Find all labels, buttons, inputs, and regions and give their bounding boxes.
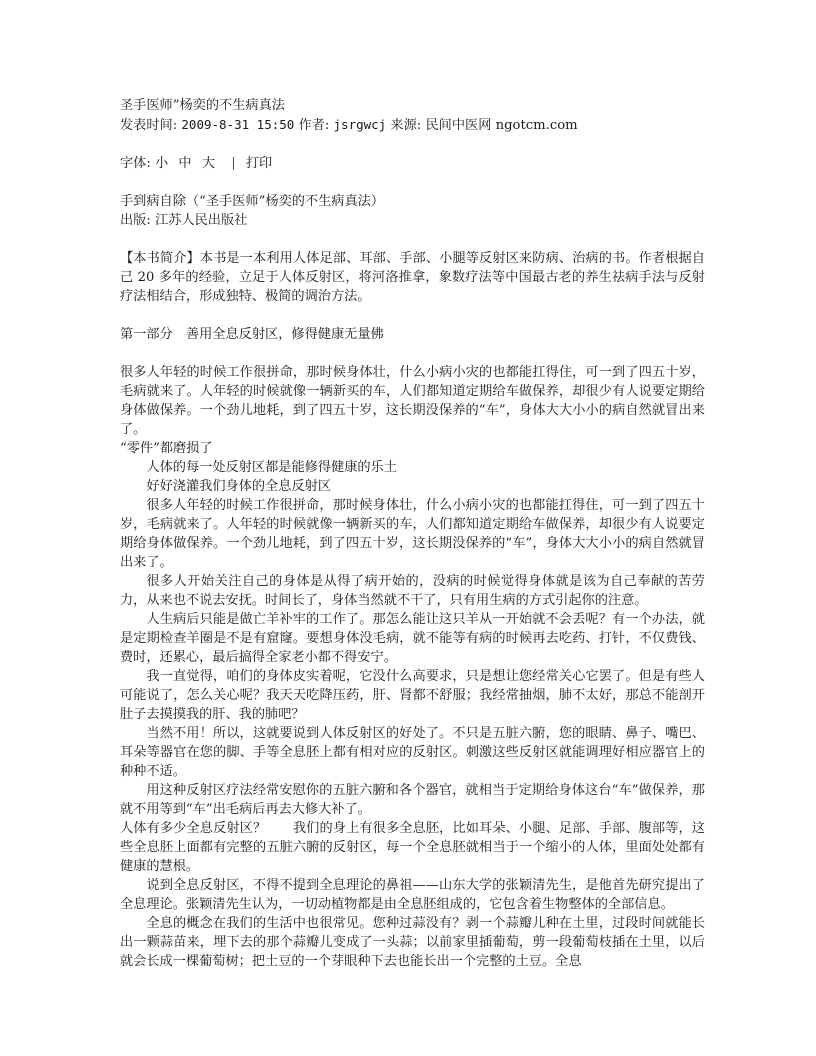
toolbar-divider: | (231, 154, 235, 173)
book-publisher: 出版: 江苏人民出版社 (120, 211, 705, 230)
article-meta: 发表时间: 2009-8-31 15:50 作者: jsrgwcj 来源: 民间… (120, 115, 705, 135)
publisher-name: 江苏人民出版社 (155, 213, 247, 228)
body-paragraph: 用这种反射区疗法经常安慰你的五脏六腑和各个器官，就相当于定期给身体这台“车”做保… (120, 781, 705, 819)
body-paragraph: 人体的每一处反射区都是能修得健康的乐土 (120, 458, 705, 477)
font-size-label: 字体: (120, 156, 151, 171)
font-size-toolbar: 字体: 小 中 大 | 打印 (120, 154, 705, 173)
publish-time: 2009-8-31 15:50 (181, 117, 294, 132)
body-paragraph: 很多人开始关注自己的身体是从得了病开始的，没病的时候觉得身体就是该为自己奉献的苦… (120, 572, 705, 610)
body-paragraph: 好好浇灌我们身体的全息反射区 (120, 477, 705, 496)
body-paragraph: 很多人年轻的时候工作很拼命，那时候身体壮，什么小病小灾的也都能扛得住，可一到了四… (120, 363, 705, 439)
document-page: 圣手医师”杨奕的不生病真法 发表时间: 2009-8-31 15:50 作者: … (120, 96, 705, 971)
time-label: 发表时间: (120, 118, 177, 133)
book-title: 手到病自除（“圣手医师”杨奕的不生病真法） (120, 192, 705, 211)
author-name: jsrgwcj (334, 117, 387, 132)
section-heading: 第一部分 善用全息反射区，修得健康无量佛 (120, 325, 705, 344)
body-paragraph: 人体有多少全息反射区？ 我们的身上有很多全息胚，比如耳朵、小腿、足部、手部、腹部… (120, 819, 705, 876)
body-paragraph: 全息的概念在我们的生活中也很常见。您种过蒜没有？剥一个蒜瓣儿种在土里，过段时间就… (120, 914, 705, 971)
source-label: 来源: (390, 118, 421, 133)
body-paragraph: 说到全息反射区，不得不提到全息理论的鼻祖——山东大学的张颖清先生，是他首先研究提… (120, 876, 705, 914)
book-intro: 【本书简介】本书是一本利用人体足部、耳部、手部、小腿等反射区来防病、治病的书。作… (120, 249, 705, 306)
font-medium-link[interactable]: 中 (178, 156, 191, 171)
article-title: 圣手医师”杨奕的不生病真法 (120, 96, 705, 115)
section-body: 很多人年轻的时候工作很拼命，那时候身体壮，什么小病小灾的也都能扛得住，可一到了四… (120, 363, 705, 971)
font-large-link[interactable]: 大 (202, 156, 215, 171)
body-paragraph: “零件”都磨损了 (120, 439, 705, 458)
body-paragraph: 当然不用！所以，这就要说到人体反射区的好处了。不只是五脏六腑，您的眼睛、鼻子、嘴… (120, 724, 705, 781)
print-link[interactable]: 打印 (246, 156, 272, 171)
publisher-label: 出版: (120, 213, 151, 228)
font-small-link[interactable]: 小 (155, 156, 168, 171)
source-name: 民间中医网 ngotcm.com (425, 118, 577, 133)
body-paragraph: 很多人年轻的时候工作很拼命，那时候身体壮，什么小病小灾的也都能扛得住，可一到了四… (120, 496, 705, 572)
body-paragraph: 人生病后只能是做亡羊补牢的工作了。那怎么能让这只羊从一开始就不会丢呢？有一个办法… (120, 610, 705, 667)
body-paragraph: 我一直觉得，咱们的身体皮实着呢，它没什么高要求，只是想让您经常关心它罢了。但是有… (120, 667, 705, 724)
author-label: 作者: (299, 118, 330, 133)
